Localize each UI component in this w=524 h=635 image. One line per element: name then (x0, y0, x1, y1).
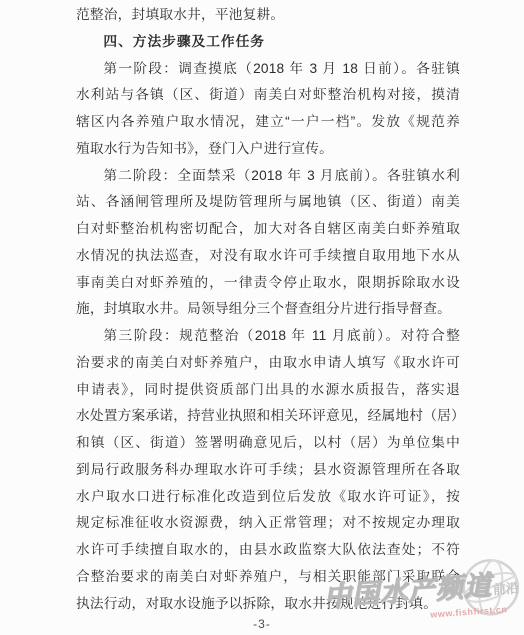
text-line: 水处置方案承诺，持营业执照和相关环评意见，经属地村（居） (76, 403, 460, 430)
watermark-suffix: 前沿 (492, 580, 519, 597)
text-line: 和镇（区、街道）签署明确意见后，以村（居）为单位集中 (76, 430, 460, 457)
text-line: 水户取水口进行标准化改造到位后发放《取水许可证》，按 (76, 484, 460, 511)
text-line: 第二阶段：全面禁采（2018 年 3 月底前）。各驻镇水利 (76, 163, 460, 190)
text-line: 水利站与各镇（区、街道）南美白对虾整治机构对接，摸清 (76, 82, 460, 109)
text-line: 执法行动，对取水设施予以拆除，取水井按规范进行封填。 (76, 591, 460, 618)
globe-icon (458, 554, 524, 620)
text-line: 施，封填取水井。局领导组分三个督查组分片进行指导督查。 (76, 296, 460, 323)
text-line: 辖区内各养殖户取水情况，建立“一户一档”。发放《规范养 (76, 109, 460, 136)
section-heading: 四、方法步骤及工作任务 (76, 29, 460, 56)
text-line: 第三阶段：规范整治（2018 年 11 月底前）。对符合整 (76, 323, 460, 350)
text-line: 殖取水行为告知书》，登门入户进行宣传。 (76, 136, 460, 163)
text-line: 站、各涵闸管理所及堤防管理所与属地镇（区、街道）南美 (76, 189, 460, 216)
text-line: 事南美白对虾养殖的，一律责令停止取水，限期拆除取水设 (76, 270, 460, 297)
page-number: -3- (0, 617, 524, 631)
text-line: 第一阶段：调查摸底（2018 年 3 月 18 日前）。各驻镇 (76, 56, 460, 83)
text-line: 水情况的执法巡查，对没有取水许可手续擅自取用地下水从 (76, 243, 460, 270)
text-line: 水许可手续擅自取水的，由县水政监察大队依法查处；不符 (76, 537, 460, 564)
document-page: 范整治，封填取水井，平池复耕。四、方法步骤及工作任务第一阶段：调查摸底（2018… (0, 0, 524, 635)
text-line: 范整治，封填取水井，平池复耕。 (76, 2, 460, 29)
text-line: 到局行政服务科办理取水许可手续；县水资源管理所在各取 (76, 457, 460, 484)
text-line: 申请表》，同时提供资质部门出具的水源水质报告，落实退 (76, 377, 460, 404)
text-line: 合整治要求的南美白对虾养殖户，与相关职能部门采取联合 (76, 564, 460, 591)
text-line: 规定标准征收水资源费，纳入正常管理；对不按规定办理取 (76, 510, 460, 537)
document-lines: 范整治，封填取水井，平池复耕。四、方法步骤及工作任务第一阶段：调查摸底（2018… (76, 2, 460, 617)
text-line: 白对虾整治机构密切配合，加大对各自辖区南美白虾养殖取 (76, 216, 460, 243)
text-line: 治要求的南美白对虾养殖户，由取水申请人填写《取水许可 (76, 350, 460, 377)
